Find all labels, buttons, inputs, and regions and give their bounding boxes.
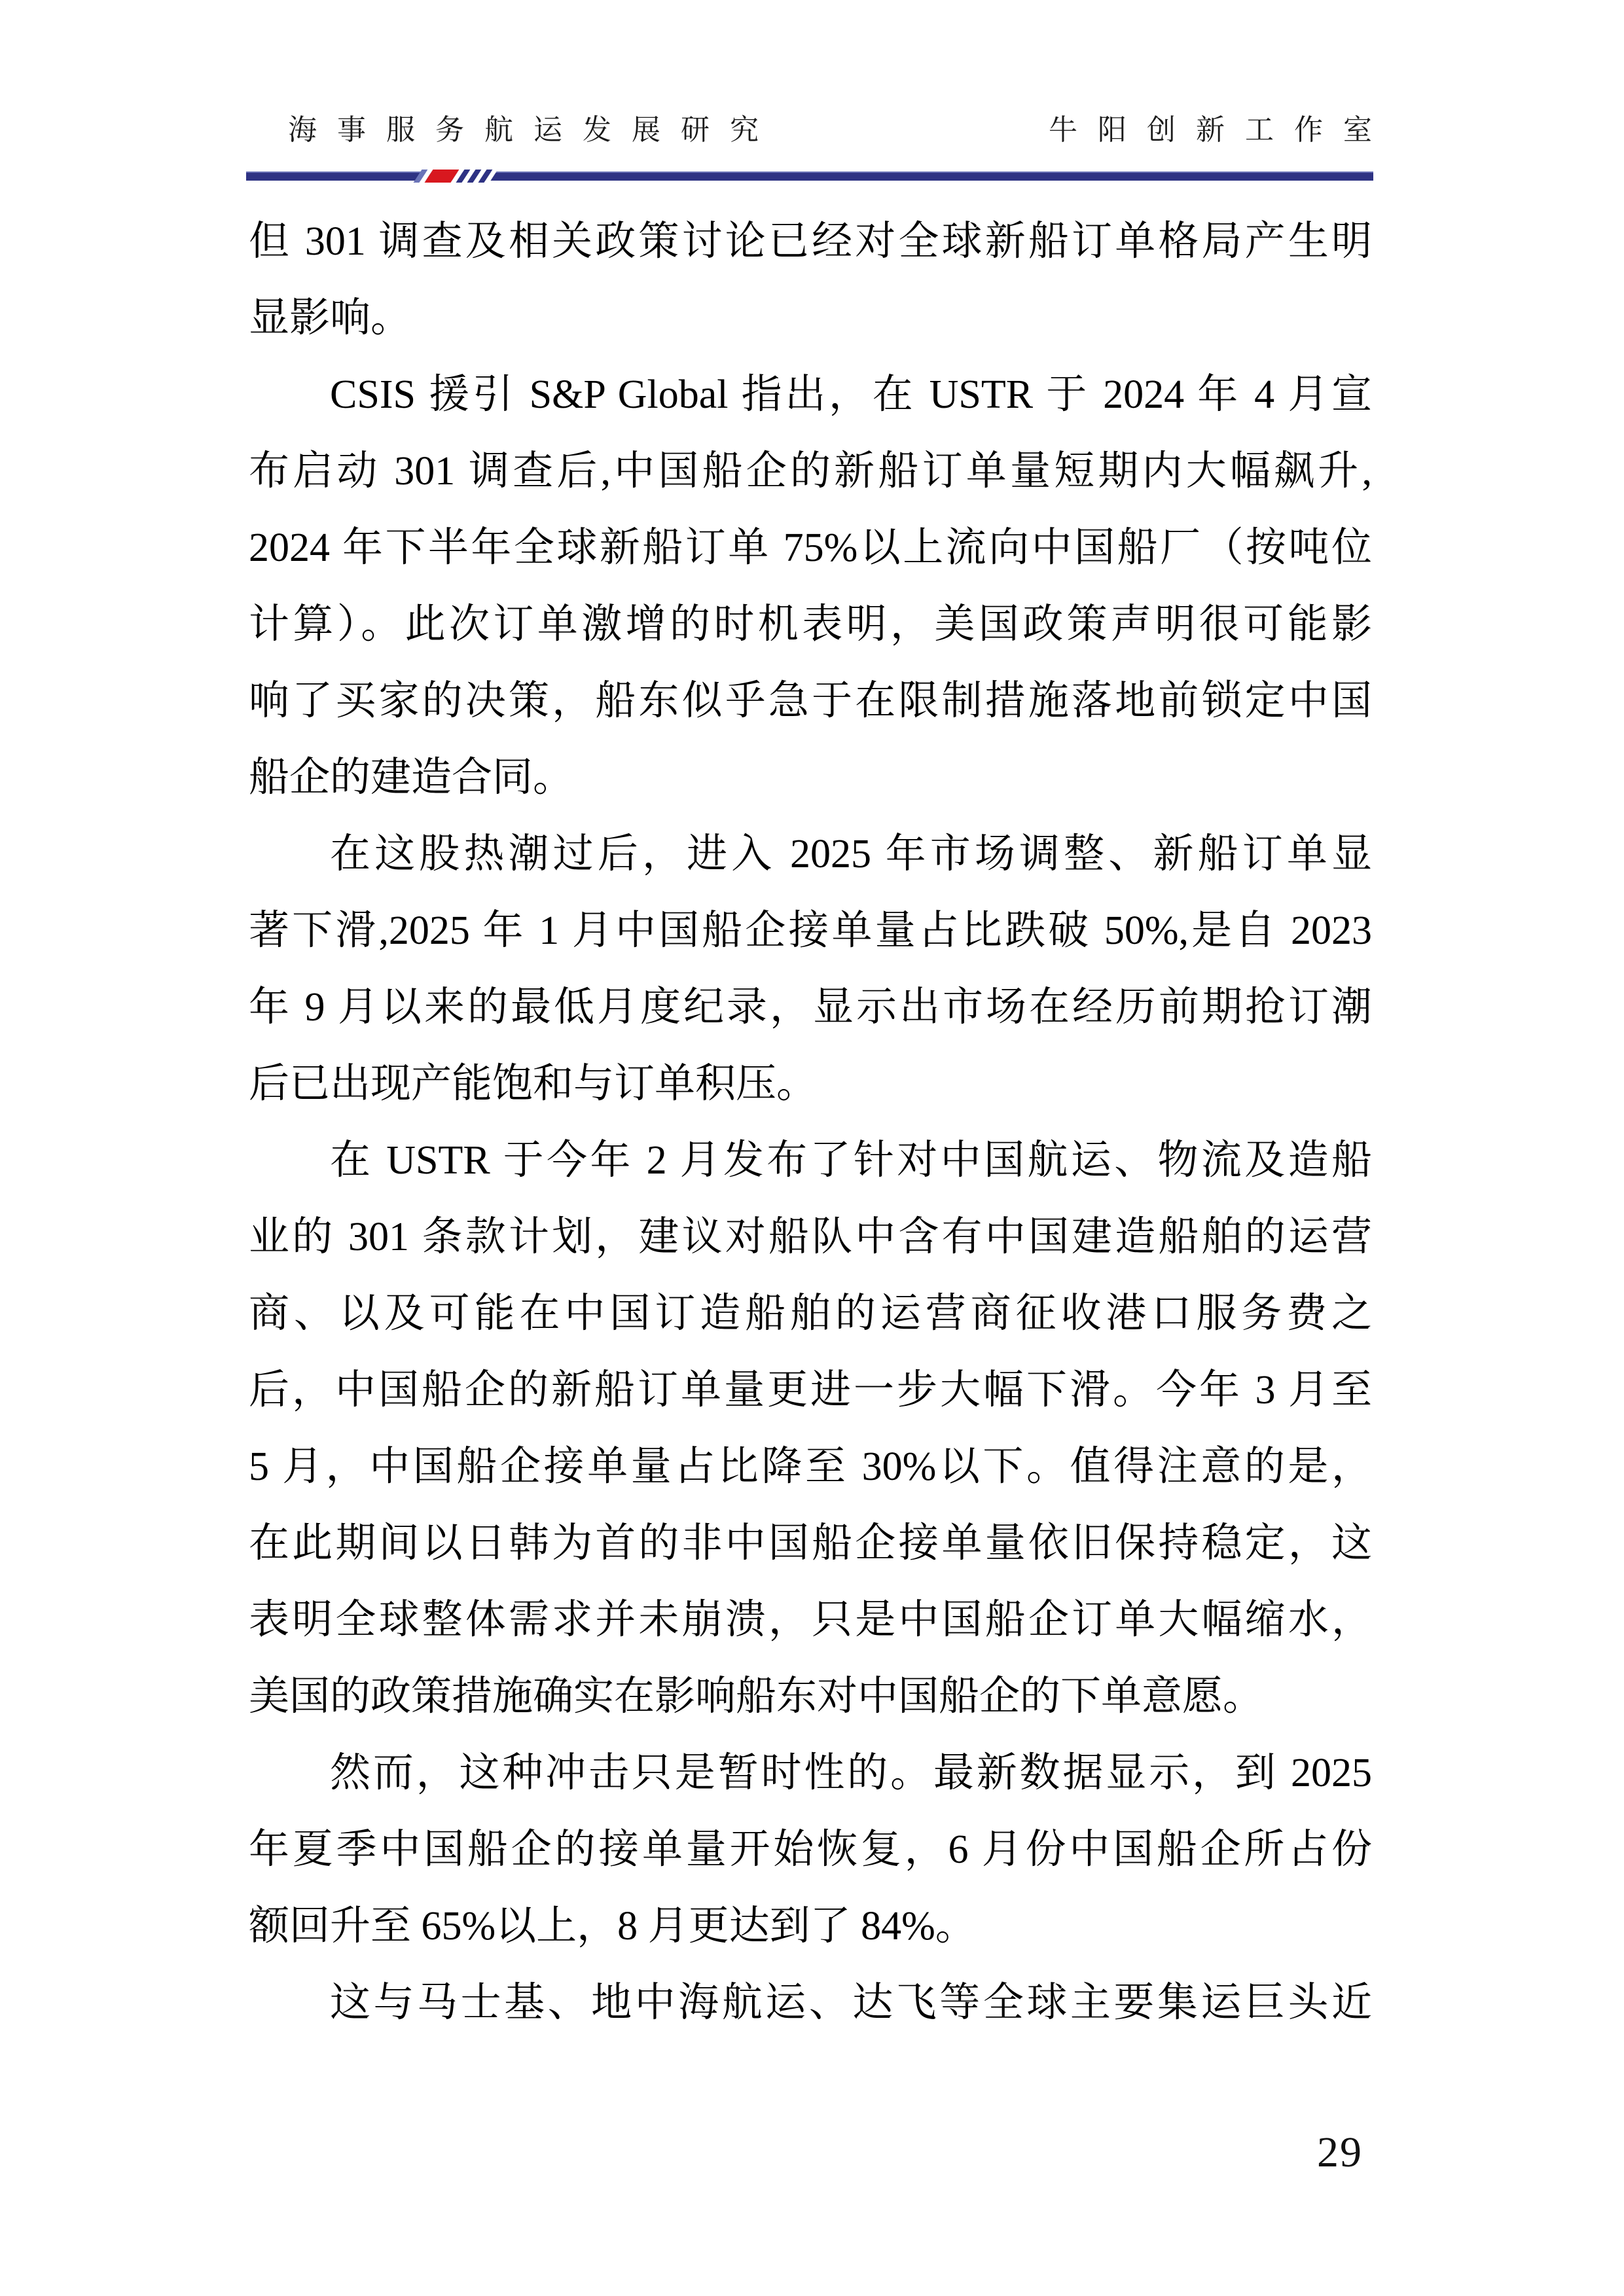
body-text: 但 301 调查及相关政策讨论已经对全球新船订单格局产生明显影响。CSIS 援引… — [249, 204, 1372, 2041]
header-left-title: 海事服务航运发展研究 — [249, 113, 779, 148]
text-line-18: 在此期间以日韩为首的非中国船企接单量依旧保持稳定，这 — [249, 1505, 1372, 1582]
text-line-10: 著下滑,2025 年 1 月中国船企接单量占比跌破 50%,是自 2023 — [249, 893, 1372, 969]
header-right-title: 牛阳创新工作室 — [1049, 113, 1392, 148]
text-line-17: 5 月，中国船企接单量占比降至 30%以下。值得注意的是， — [249, 1429, 1372, 1505]
text-line-19: 表明全球整体需求并未崩溃，只是中国船企订单大幅缩水， — [249, 1582, 1372, 1659]
text-line-14: 业的 301 条款计划，建议对船队中含有中国建造船舶的运营 — [249, 1199, 1372, 1276]
text-line-3: CSIS 援引 S&P Global 指出，在 USTR 于 2024 年 4 … — [249, 357, 1372, 433]
divider-accent-decoration — [414, 170, 498, 183]
text-line-5: 2024 年下半年全球新船订单 75%以上流向中国船厂（按吨位 — [249, 510, 1372, 586]
text-line-7: 响了买家的决策，船东似乎急于在限制措施落地前锁定中国 — [249, 663, 1372, 740]
text-line-15: 商、以及可能在中国订造船舶的运营商征收港口服务费之 — [249, 1276, 1372, 1352]
document-page: 海事服务航运发展研究 牛阳创新工作室 但 301 调查及相关政策讨论已经对全球新… — [0, 0, 1624, 2296]
page-number: 29 — [1317, 2131, 1363, 2174]
text-line-8: 船企的建造合同。 — [249, 740, 1372, 816]
header-divider-bar — [246, 171, 1373, 181]
text-line-13: 在 USTR 于今年 2 月发布了针对中国航运、物流及造船 — [249, 1122, 1372, 1199]
text-line-22: 年夏季中国船企的接单量开始恢复，6 月份中国船企所占份 — [249, 1812, 1372, 1888]
page-header: 海事服务航运发展研究 牛阳创新工作室 — [249, 113, 1372, 148]
text-line-2: 显影响。 — [249, 280, 1372, 357]
text-line-12: 后已出现产能饱和与订单积压。 — [249, 1046, 1372, 1122]
text-line-6: 计算）。此次订单激增的时机表明，美国政策声明很可能影 — [249, 586, 1372, 663]
text-line-4: 布启动 301 调查后,中国船企的新船订单量短期内大幅飙升, — [249, 433, 1372, 510]
text-line-21: 然而，这种冲击只是暂时性的。最新数据显示，到 2025 — [249, 1735, 1372, 1812]
text-line-23: 额回升至 65%以上，8 月更达到了 84%。 — [249, 1888, 1372, 1965]
text-line-20: 美国的政策措施确实在影响船东对中国船企的下单意愿。 — [249, 1659, 1372, 1735]
text-line-11: 年 9 月以来的最低月度纪录，显示出市场在经历前期抢订潮 — [249, 969, 1372, 1046]
text-line-1: 但 301 调查及相关政策讨论已经对全球新船订单格局产生明 — [249, 204, 1372, 280]
text-line-24: 这与马士基、地中海航运、达飞等全球主要集运巨头近 — [249, 1965, 1372, 2041]
text-line-9: 在这股热潮过后，进入 2025 年市场调整、新船订单显 — [249, 816, 1372, 893]
text-line-16: 后，中国船企的新船订单量更进一步大幅下滑。今年 3 月至 — [249, 1352, 1372, 1429]
